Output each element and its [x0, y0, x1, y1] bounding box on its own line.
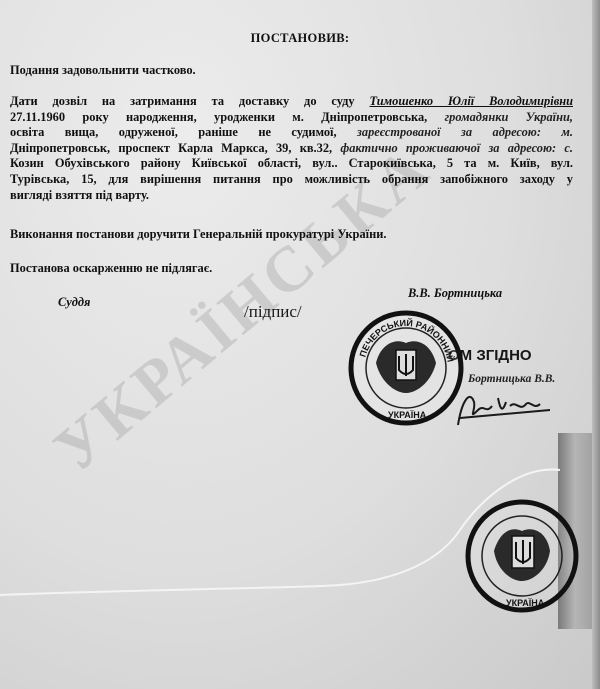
paragraph-main: Дати дозвіл на затримання та доставку до… — [10, 94, 573, 203]
signature-placeholder: /підпис/ — [244, 304, 302, 320]
text-line: освіта вища, одруженої, раніше не судимо… — [10, 125, 573, 141]
stamp-bottom-text: УКРАЇНА — [388, 410, 427, 420]
paragraph-appeal: Постанова оскарженню не підлягає. — [10, 261, 212, 277]
thread-line — [0, 460, 560, 600]
text-line: Козин Обухівського району Київської обла… — [10, 156, 573, 172]
page-edge — [592, 0, 600, 689]
text-line: 27.11.1960 року народження, уродженки м.… — [10, 110, 573, 126]
text-line: вигляді взяття під варту. — [10, 188, 573, 204]
court-seal-stamp: ПЕЧЕРСЬКИЙ РАЙОННИЙ СУД УКРАЇНА — [346, 308, 466, 428]
defendant-name: Тимошенко Юлії Володимирівни — [369, 94, 573, 108]
text-line: Дніпропетровськ, проспект Карла Маркса, … — [10, 141, 573, 157]
judge-label: Суддя — [58, 295, 90, 311]
text-line: Дати дозвіл на затримання та доставку до… — [10, 94, 573, 110]
judge-name: В.В. Бортницька — [408, 286, 502, 302]
paragraph-execution: Виконання постанови доручити Генеральній… — [10, 227, 386, 243]
paragraph-ruling: Подання задовольнити частково. — [10, 63, 196, 79]
document-heading: ПОСТАНОВИВ: — [0, 31, 600, 47]
text-line: Турівська, 15, для вирішення питання про… — [10, 172, 573, 188]
document-page: УКРАЇНСЬКА ПОСТАНОВИВ: Подання задовольн… — [0, 0, 600, 689]
